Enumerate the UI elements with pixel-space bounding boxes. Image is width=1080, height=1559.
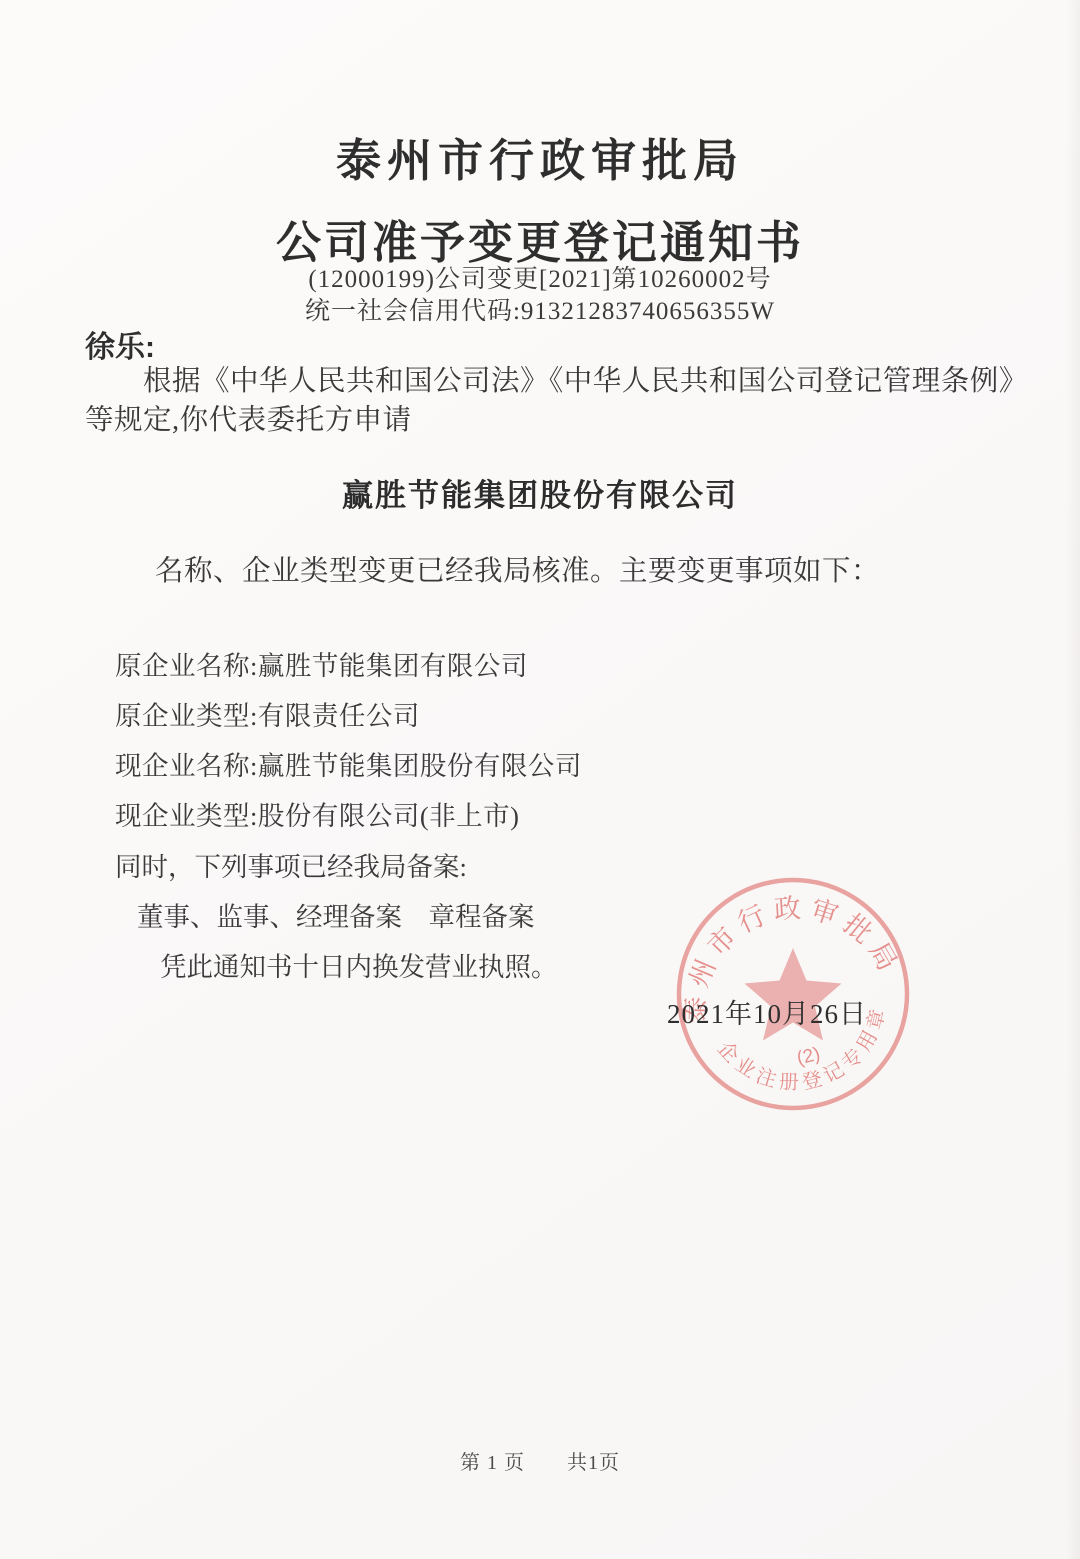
unified-social-credit-code: 统一社会信用代码:91321283740656355W: [0, 291, 1080, 327]
change-item-current-name: 现企业名称:赢胜节能集团股份有限公司: [115, 744, 582, 783]
issue-date: 2021年10月26日: [667, 992, 867, 1031]
seal-number: (2): [795, 1044, 823, 1070]
change-item-current-type: 现企业类型:股份有限公司(非上市): [115, 794, 520, 833]
filing-items: 董事、监事、经理备案 章程备案: [137, 895, 535, 934]
change-item-original-type: 原企业类型:有限责任公司: [115, 694, 420, 733]
intro-paragraph: 根据《中华人民共和国公司法》《中华人民共和国公司登记管理条例》等规定,你代表委托…: [85, 362, 1019, 440]
addressee-name: 徐乐:: [85, 322, 155, 366]
document-number: (12000199)公司变更[2021]第10260002号: [0, 259, 1080, 295]
issuer-title: 泰州市行政审批局: [0, 124, 1080, 189]
filing-intro: 同时，下列事项已经我局备案:: [115, 845, 467, 884]
notice-document-page: 泰州市行政审批局 公司准予变更登记通知书 (12000199)公司变更[2021…: [0, 0, 1080, 1559]
license-instruction: 凭此通知书十日内换发营业执照。: [160, 945, 558, 984]
page-footer: 第 1 页 共1页: [0, 1446, 1080, 1475]
company-name: 赢胜节能集团股份有限公司: [0, 470, 1080, 515]
approval-statement: 名称、企业类型变更已经我局核准。主要变更事项如下：: [155, 548, 880, 589]
change-item-original-name: 原企业名称:赢胜节能集团有限公司: [115, 644, 528, 683]
